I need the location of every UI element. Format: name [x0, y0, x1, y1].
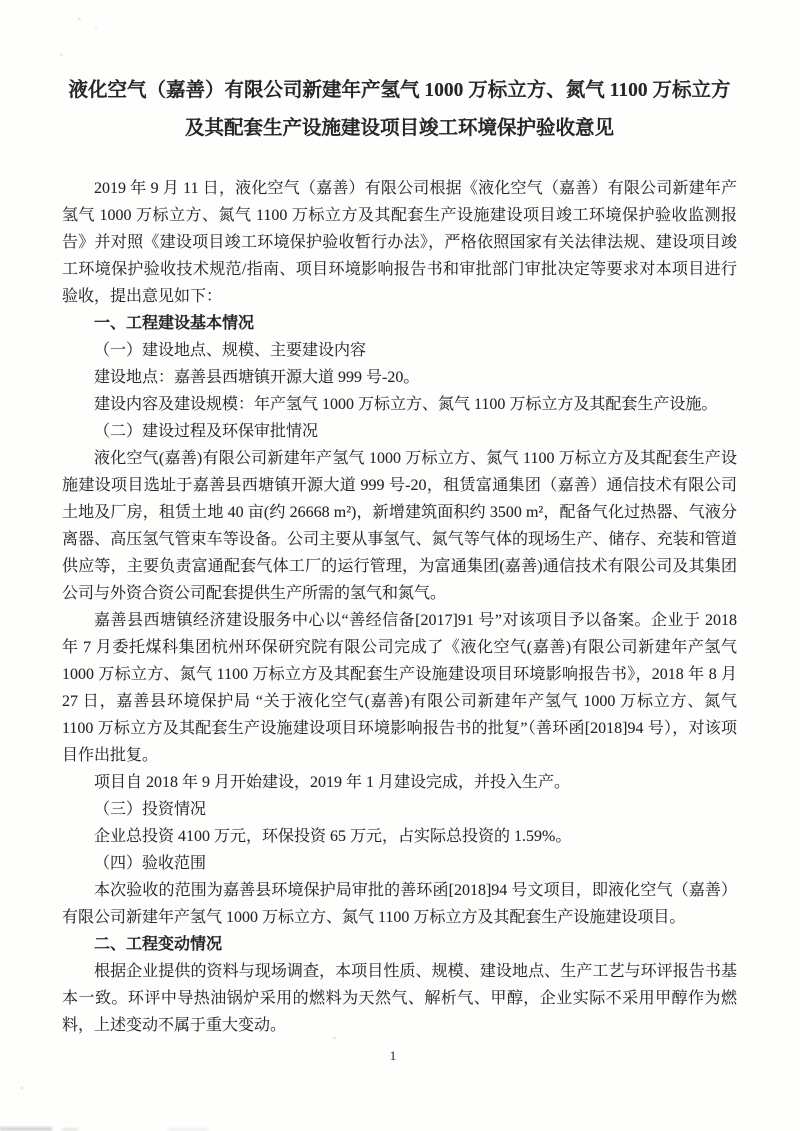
subsection-1-2: （二）建设过程及环保审批情况	[62, 418, 737, 445]
investment-line: 企业总投资 4100 万元，环保投资 65 万元，占实际总投资的 1.59%。	[62, 823, 737, 850]
subsection-1-1: （一）建设地点、规模、主要建设内容	[62, 337, 737, 364]
para-acceptance-scope: 本次验收的范围为嘉善县环境保护局审批的善环函[2018]94 号文项目，即液化空…	[62, 877, 737, 931]
para-intro: 2019 年 9 月 11 日，液化空气（嘉善）有限公司根据《液化空气（嘉善）有…	[62, 175, 737, 310]
section-heading-2: 二、工程变动情况	[62, 931, 737, 958]
scan-speck	[78, 18, 81, 20]
scan-speck	[333, 1037, 336, 1039]
para-project-overview: 液化空气(嘉善)有限公司新建年产氢气 1000 万标立方、氮气 1100 万标立…	[62, 445, 737, 607]
document-page: 液化空气（嘉善）有限公司新建年产氢气 1000 万标立方、氮气 1100 万标立…	[0, 0, 800, 1131]
document-title-line2: 及其配套生产设施建设项目竣工环境保护验收意见	[62, 110, 737, 148]
para-project-changes: 根据企业提供的资料与现场调查，本项目性质、规模、建设地点、生产工艺与环评报告书基…	[62, 958, 737, 1039]
subsection-1-4: （四）验收范围	[62, 850, 737, 877]
construction-content-line: 建设内容及建设规模：年产氢气 1000 万标立方、氮气 1100 万标立方及其配…	[62, 391, 737, 418]
scan-speck	[95, 26, 97, 28]
construction-site-line: 建设地点：嘉善县西塘镇开源大道 999 号-20。	[62, 364, 737, 391]
para-construction-timeline: 项目自 2018 年 9 月开始建设，2019 年 1 月建设完成，并投入生产。	[62, 769, 737, 796]
scan-speck	[20, 1087, 23, 1089]
page-number: 1	[0, 1048, 786, 1064]
subsection-1-3: （三）投资情况	[62, 796, 737, 823]
document-title: 液化空气（嘉善）有限公司新建年产氢气 1000 万标立方、氮气 1100 万标立…	[62, 72, 737, 148]
section-heading-1: 一、工程建设基本情况	[62, 310, 737, 337]
document-title-line1: 液化空气（嘉善）有限公司新建年产氢气 1000 万标立方、氮气 1100 万标立…	[62, 72, 737, 110]
scan-smudge	[0, 1127, 52, 1131]
scan-speck	[60, 54, 63, 56]
para-approval-history: 嘉善县西塘镇经济建设服务中心以“善经信备[2017]91 号”对该项目予以备案。…	[62, 607, 737, 769]
document-body: 2019 年 9 月 11 日，液化空气（嘉善）有限公司根据《液化空气（嘉善）有…	[62, 175, 737, 1039]
